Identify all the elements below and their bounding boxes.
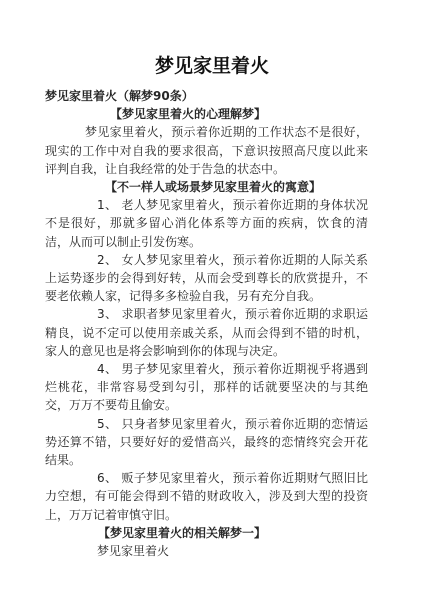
subtitle-line: 梦见家里着火（解梦90条） [45,87,368,105]
document-page: 梦见家里着火 梦见家里着火（解梦90条） 【梦见家里着火的心理解梦】 梦见家里着… [0,0,424,600]
scenario-item-5: 5、 只身者梦见家里着火，预示着你近期的恋情运势还算不错，只要好好的爱惜高兴，最… [45,415,368,470]
section-heading-scenarios: 【不一样人或场景梦见家里着火的寓意】 [45,178,368,196]
scenario-item-1: 1、 老人梦见家里着火，预示着你近期的身体状况不是很好，那就多留心消化体系等方面… [45,196,368,251]
scenario-item-4: 4、 男子梦见家里着火，预示着你近期视乎将遇到烂桃花，非常容易受到勾引，那样的话… [45,360,368,415]
scenario-item-3: 3、 求职者梦见家里着火，预示着你近期的求职运精良，说不定可以使用亲戚关系，从而… [45,305,368,360]
psychology-paragraph: 梦见家里着火，预示着你近期的工作状态不是很好，现实的工作中对自我的要求很高，下意… [45,123,368,178]
section-heading-related: 【梦见家里着火的相关解梦一】 [45,524,368,542]
page-title: 梦见家里着火 [0,53,424,79]
section-heading-psychology: 【梦见家里着火的心理解梦】 [45,105,368,123]
scenario-item-2: 2、 女人梦见家里着火，预示着你近期的人际关系上运势逐步的会得到好转，从而会受到… [45,251,368,306]
scenario-item-6: 6、 贩子梦见家里着火，预示着你近期财气照旧比力空想，有可能会得到不错的财政收入… [45,469,368,524]
related-paragraph: 梦见家里着火 [45,542,368,560]
